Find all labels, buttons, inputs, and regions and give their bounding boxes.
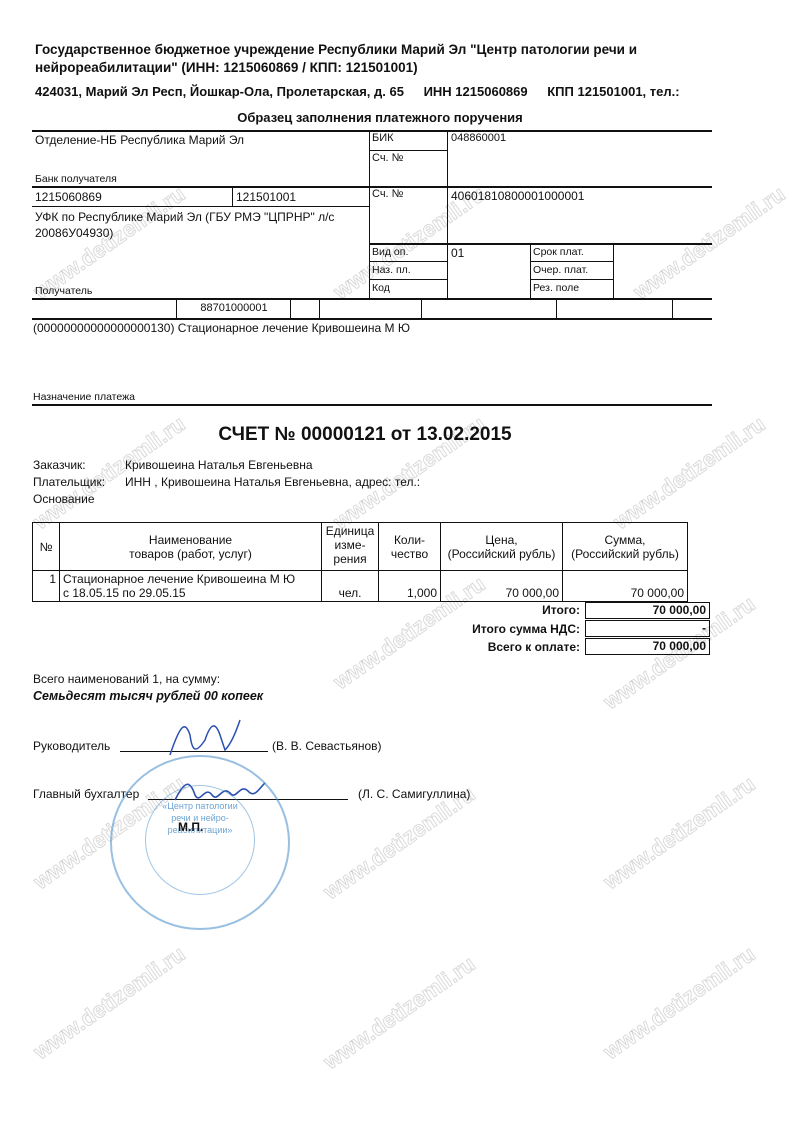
vid-op-label: Вид оп.	[372, 246, 408, 258]
row-sum: 70 000,00	[563, 571, 688, 602]
items-table: № Наименованиетоваров (работ, услуг) Еди…	[32, 522, 688, 602]
oktmo-value: 88701000001	[179, 302, 289, 314]
col-unit: Единицаизме-рения	[322, 523, 379, 571]
customer-value: Кривошеина Наталья Евгеньевна	[125, 458, 313, 472]
row-name: Стационарное лечение Кривошеина М Юс 18.…	[60, 571, 322, 602]
organization-name: Государственное бюджетное учреждение Рес…	[35, 41, 715, 77]
ocher-label: Очер. плат.	[533, 264, 588, 276]
col-num: №	[33, 523, 60, 571]
row-unit: чел.	[322, 571, 379, 602]
recipient-kpp: 121501001	[236, 190, 296, 204]
row-price: 70 000,00	[441, 571, 563, 602]
col-sum: Сумма,(Российский рубль)	[563, 523, 688, 571]
items-count-text: Всего наименований 1, на сумму:	[33, 672, 220, 686]
row-qty: 1,000	[379, 571, 441, 602]
inn: ИНН 1215060869	[424, 84, 528, 99]
kpp-phone: КПП 121501001, тел.:	[547, 84, 679, 99]
invoice-title: СЧЕТ № 00000121 от 13.02.2015	[0, 424, 730, 446]
bank-label: Банк получателя	[35, 173, 117, 185]
director-name: (В. В. Севастьянов)	[272, 739, 382, 753]
recipient-name: УФК по Республике Марий Эл (ГБУ РМЭ "ЦПР…	[35, 209, 365, 241]
table-row: 1 Стационарное лечение Кривошеина М Юс 1…	[33, 571, 688, 602]
accountant-name: (Л. С. Самигуллина)	[358, 787, 470, 801]
vat-value: -	[585, 620, 710, 637]
payment-purpose-text: (00000000000000000130) Стационарное лече…	[33, 321, 410, 335]
naz-pl-label: Наз. пл.	[372, 264, 411, 276]
amount-in-words: Семьдесят тысяч рублей 00 копеек	[33, 689, 263, 703]
account-label: Сч. №	[372, 188, 403, 200]
due-value: 70 000,00	[585, 638, 710, 655]
payment-purpose-label: Назначение платежа	[33, 391, 135, 403]
customer-label: Заказчик:	[33, 458, 86, 472]
organization-address: 424031, Марий Эл Респ, Йошкар-Ола, Проле…	[35, 84, 696, 99]
col-qty: Коли-чество	[379, 523, 441, 571]
row-num: 1	[33, 571, 60, 602]
bank-name: Отделение-НБ Республика Марий Эл	[35, 133, 244, 147]
srok-label: Срок плат.	[533, 246, 584, 258]
table-header-row: № Наименованиетоваров (работ, услуг) Еди…	[33, 523, 688, 571]
due-label: Всего к оплате:	[488, 640, 580, 654]
rez-label: Рез. поле	[533, 282, 579, 294]
col-name: Наименованиетоваров (работ, услуг)	[60, 523, 322, 571]
payer-value: ИНН , Кривошеина Наталья Евгеньевна, адр…	[125, 475, 420, 489]
payment-sample-title: Образец заполнения платежного поручения	[0, 110, 760, 125]
address: 424031, Марий Эл Респ, Йошкар-Ола, Проле…	[35, 84, 404, 99]
vat-label: Итого сумма НДС:	[472, 622, 580, 636]
total-label: Итого:	[542, 603, 580, 617]
director-label: Руководитель	[33, 739, 110, 753]
bik-value: 048860001	[451, 132, 506, 144]
account-value: 40601810800001000001	[451, 189, 584, 203]
kod-label: Код	[372, 282, 390, 294]
corr-account-label: Сч. №	[372, 152, 403, 164]
total-value: 70 000,00	[585, 602, 710, 619]
recipient-label: Получатель	[35, 285, 92, 297]
vid-op-value: 01	[451, 246, 464, 260]
recipient-inn: 1215060869	[35, 190, 102, 204]
stamp-place-label: М.П.	[178, 820, 203, 834]
col-price: Цена,(Российский рубль)	[441, 523, 563, 571]
payer-label: Плательщик:	[33, 475, 105, 489]
basis-label: Основание	[33, 492, 95, 506]
bik-label: БИК	[372, 132, 394, 144]
